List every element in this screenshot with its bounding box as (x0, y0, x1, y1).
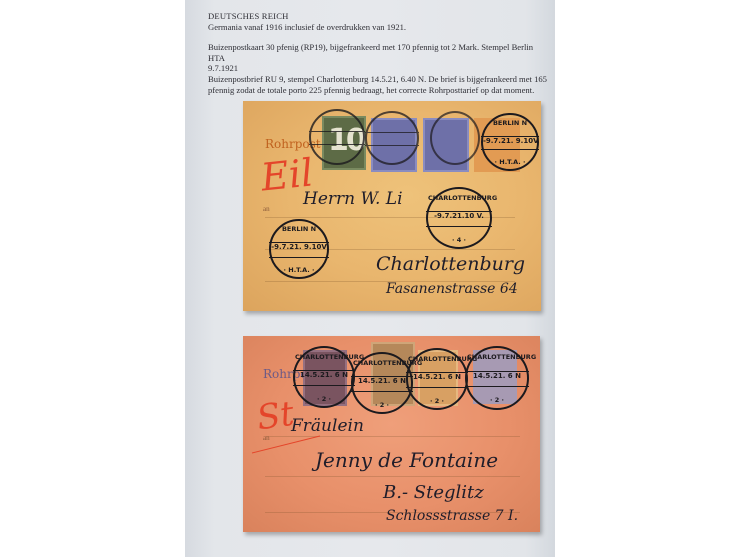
page-description: DEUTSCHES REICH Germania vanaf 1916 incl… (208, 11, 548, 95)
address-line-4: Schlossstrasse 7 I. (386, 508, 518, 524)
address-line-3: Fasanenstrasse 64 (386, 281, 518, 297)
an-label: an (263, 205, 270, 213)
postmark (365, 111, 419, 165)
description-2-line1: Buizenpostbrief RU 9, stempel Charlotten… (208, 74, 548, 85)
address-line-1: Herrn W. Li (303, 189, 403, 209)
postmark-berlin: BERLIN N -9.7.21. 9.10V · H.T.A. · (269, 219, 329, 279)
postmark-charlottenburg: CHARLOTTENBURG 14.5.21. 6 N · 2 · (351, 352, 413, 414)
address-line-1: Fräulein (291, 416, 364, 436)
rohrpost-letter: Rohrpost an CHARLOTTENBURG 14.5.21. 6 N … (243, 336, 540, 532)
postmark-charlottenburg: CHARLOTTENBURG 14.5.21. 6 N · 2 · (293, 346, 355, 408)
address-line-3: B.- Steglitz (383, 482, 484, 503)
address-rule (265, 476, 520, 477)
postmark-charlottenburg: CHARLOTTENBURG 14.5.21. 6 N · 2 · (406, 348, 468, 410)
address-rule (265, 436, 520, 437)
postmark-berlin: BERLIN N -9.7.21. 9.10V · H.T.A. · (481, 113, 539, 171)
description-2-line2: pfennig zodat de totale porto 225 pfenni… (208, 85, 548, 96)
page-heading: DEUTSCHES REICH (208, 11, 548, 22)
postmark (309, 109, 365, 165)
address-line-2: Jenny de Fontaine (315, 448, 498, 472)
page-subheading: Germania vanaf 1916 inclusief de overdru… (208, 22, 548, 33)
postmark-charlottenburg: CHARLOTTENBURG 14.5.21. 6 N · 2 · (465, 346, 529, 410)
rohrpost-postcard: Rohrpost an 10 BERLIN N -9.7.21. 9.10V ·… (243, 101, 541, 311)
address-line-2: Charlottenburg (376, 253, 525, 275)
postmark-charlottenburg: CHARLOTTENBURG -9.7.21.10 V. · 4 · (426, 187, 492, 249)
description-1-line1: Buizenpostkaart 30 pfenig (RP19), bijgef… (208, 42, 548, 63)
description-1-line2: 9.7.1921 (208, 63, 548, 74)
postmark (430, 111, 480, 165)
